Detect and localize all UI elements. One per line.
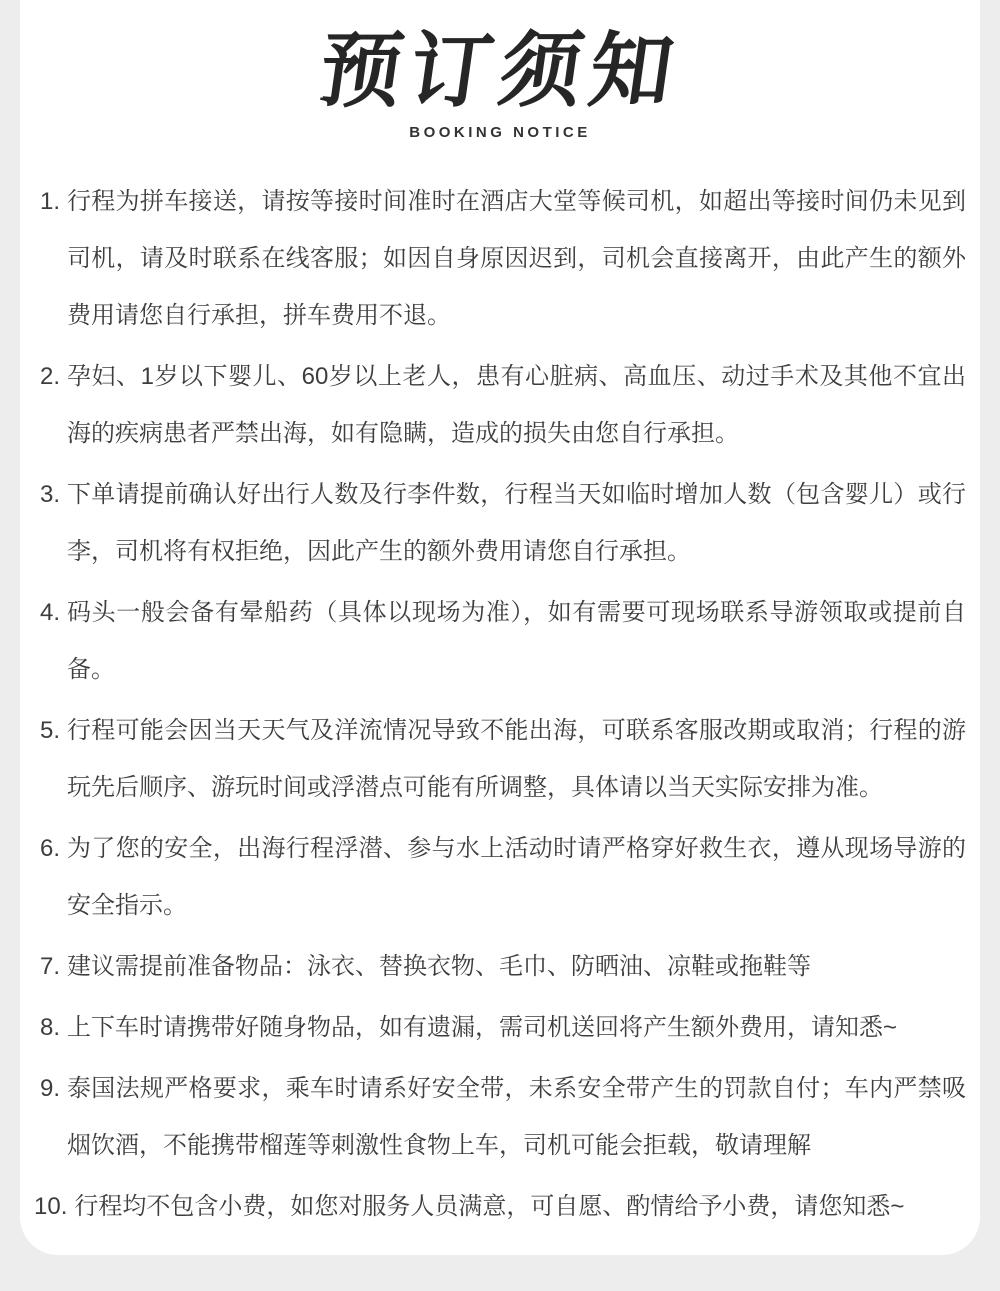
page-title: 预订须知: [314, 26, 687, 118]
notice-item: 7. 建议需提前准备物品：泳衣、替换衣物、毛巾、防晒油、凉鞋或拖鞋等: [34, 938, 966, 995]
notice-number: 2.: [34, 348, 60, 405]
notice-item: 5. 行程可能会因当天天气及洋流情况导致不能出海，可联系客服改期或取消；行程的游…: [34, 702, 966, 816]
notice-number: 3.: [34, 466, 60, 523]
notice-text: 码头一般会备有晕船药（具体以现场为准），如有需要可现场联系导游领取或提前自备。: [67, 584, 966, 698]
notice-number: 9.: [34, 1060, 60, 1117]
notice-item: 9. 泰国法规严格要求，乘车时请系好安全带，未系安全带产生的罚款自付；车内严禁吸…: [34, 1060, 966, 1174]
notice-item: 10. 行程均不包含小费，如您对服务人员满意，可自愿、酌情给予小费，请您知悉~: [34, 1178, 966, 1235]
notice-number: 7.: [34, 938, 60, 995]
notice-item: 2. 孕妇、1岁以下婴儿、60岁以上老人，患有心脏病、高血压、动过手术及其他不宜…: [34, 348, 966, 462]
notice-text: 上下车时请携带好随身物品，如有遗漏，需司机送回将产生额外费用，请知悉~: [67, 999, 966, 1056]
notice-number: 1.: [34, 173, 60, 230]
notice-number: 6.: [34, 820, 60, 877]
notice-number: 4.: [34, 584, 60, 641]
title-block: 预订须知 BOOKING NOTICE: [34, 0, 966, 141]
notice-text: 为了您的安全，出海行程浮潜、参与水上活动时请严格穿好救生衣，遵从现场导游的安全指…: [67, 820, 966, 934]
notice-item: 1. 行程为拼车接送，请按等接时间准时在酒店大堂等候司机，如超出等接时间仍未见到…: [34, 173, 966, 344]
notice-list: 1. 行程为拼车接送，请按等接时间准时在酒店大堂等候司机，如超出等接时间仍未见到…: [34, 173, 966, 1235]
notice-text: 建议需提前准备物品：泳衣、替换衣物、毛巾、防晒油、凉鞋或拖鞋等: [67, 938, 966, 995]
notice-text: 泰国法规严格要求，乘车时请系好安全带，未系安全带产生的罚款自付；车内严禁吸烟饮酒…: [67, 1060, 966, 1174]
notice-text: 行程均不包含小费，如您对服务人员满意，可自愿、酌情给予小费，请您知悉~: [74, 1178, 966, 1235]
notice-text: 下单请提前确认好出行人数及行李件数，行程当天如临时增加人数（包含婴儿）或行李，司…: [67, 466, 966, 580]
notice-number: 10.: [34, 1178, 67, 1235]
notice-item: 3. 下单请提前确认好出行人数及行李件数，行程当天如临时增加人数（包含婴儿）或行…: [34, 466, 966, 580]
page-subtitle: BOOKING NOTICE: [34, 124, 966, 141]
notice-text: 行程为拼车接送，请按等接时间准时在酒店大堂等候司机，如超出等接时间仍未见到司机，…: [67, 173, 966, 344]
notice-text: 孕妇、1岁以下婴儿、60岁以上老人，患有心脏病、高血压、动过手术及其他不宜出海的…: [67, 348, 966, 462]
notice-card: 预订须知 BOOKING NOTICE 1. 行程为拼车接送，请按等接时间准时在…: [20, 0, 980, 1255]
page-background: 预订须知 BOOKING NOTICE 1. 行程为拼车接送，请按等接时间准时在…: [0, 0, 1000, 1291]
notice-item: 6. 为了您的安全，出海行程浮潜、参与水上活动时请严格穿好救生衣，遵从现场导游的…: [34, 820, 966, 934]
notice-number: 5.: [34, 702, 60, 759]
notice-number: 8.: [34, 999, 60, 1056]
notice-item: 8. 上下车时请携带好随身物品，如有遗漏，需司机送回将产生额外费用，请知悉~: [34, 999, 966, 1056]
notice-text: 行程可能会因当天天气及洋流情况导致不能出海，可联系客服改期或取消；行程的游玩先后…: [67, 702, 966, 816]
notice-item: 4. 码头一般会备有晕船药（具体以现场为准），如有需要可现场联系导游领取或提前自…: [34, 584, 966, 698]
